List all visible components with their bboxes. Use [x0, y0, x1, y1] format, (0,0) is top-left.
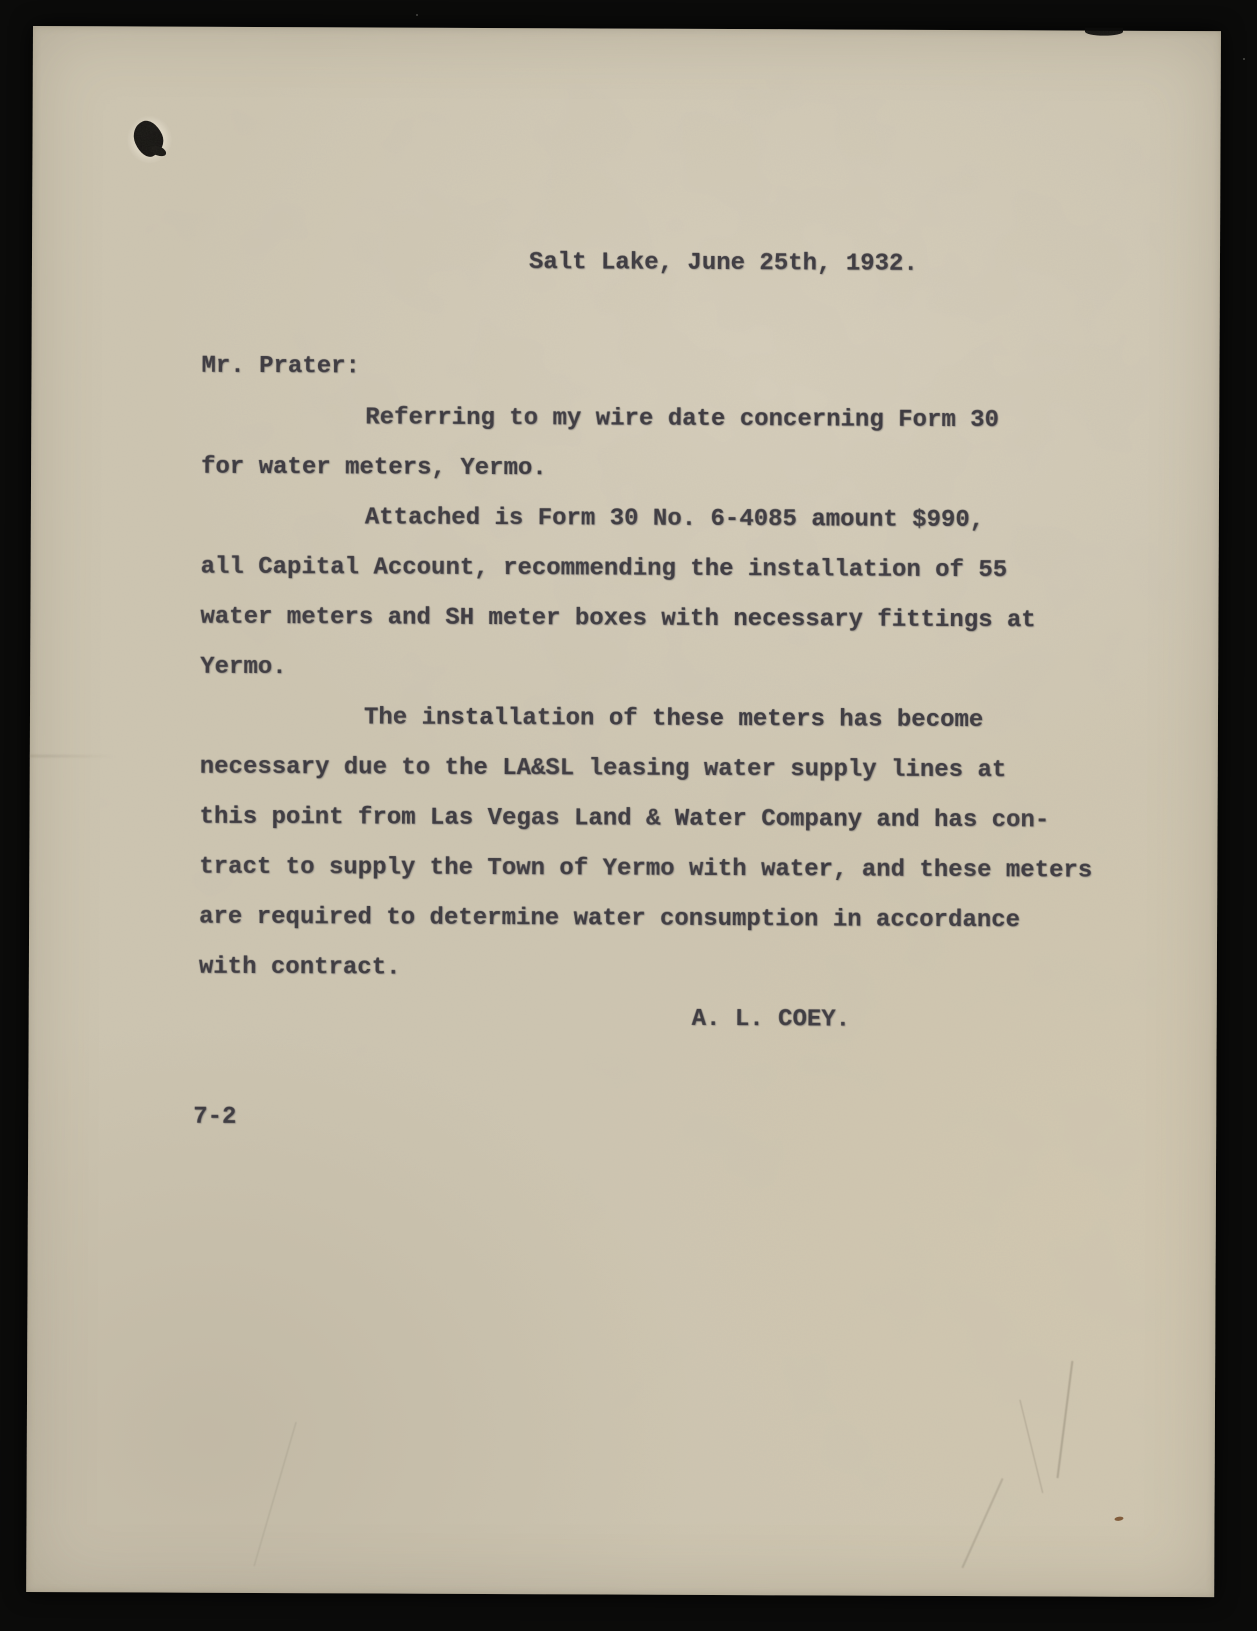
letter-line: this point from Las Vegas Land & Water C…: [199, 793, 1179, 847]
letter-line: are required to determine water consumpt…: [199, 893, 1179, 947]
letter-salutation: Mr. Prater:: [201, 342, 360, 393]
dust-speck: [416, 14, 418, 16]
letter-text: Salt Lake, June 25th, 1932. Mr. Prater: …: [26, 26, 1221, 1597]
letter-line: for water meters, Yermo.: [201, 443, 1181, 497]
letter-body: Referring to my wire date concerning For…: [199, 393, 1182, 997]
letter-line: Yermo.: [200, 643, 1180, 697]
letter-dateline: Salt Lake, June 25th, 1932.: [529, 238, 918, 290]
letter-page: Salt Lake, June 25th, 1932. Mr. Prater: …: [26, 26, 1221, 1597]
letter-line: all Capital Account, recommending the in…: [201, 543, 1181, 597]
letter-line: with contract.: [199, 943, 1179, 997]
letter-reference-number: 7-2: [193, 1093, 236, 1143]
letter-signature: A. L. COEY.: [692, 995, 851, 1046]
letter-line: tract to supply the Town of Yermo with w…: [199, 843, 1179, 897]
letter-line: Referring to my wire date concerning For…: [201, 393, 1181, 447]
letter-line: water meters and SH meter boxes with nec…: [200, 593, 1180, 647]
letter-line: The installation of these meters has bec…: [200, 693, 1180, 747]
dust-speck: [1243, 58, 1245, 60]
letter-line: necessary due to the LA&SL leasing water…: [200, 743, 1180, 797]
letter-line: Attached is Form 30 No. 6-4085 amount $9…: [201, 493, 1181, 547]
